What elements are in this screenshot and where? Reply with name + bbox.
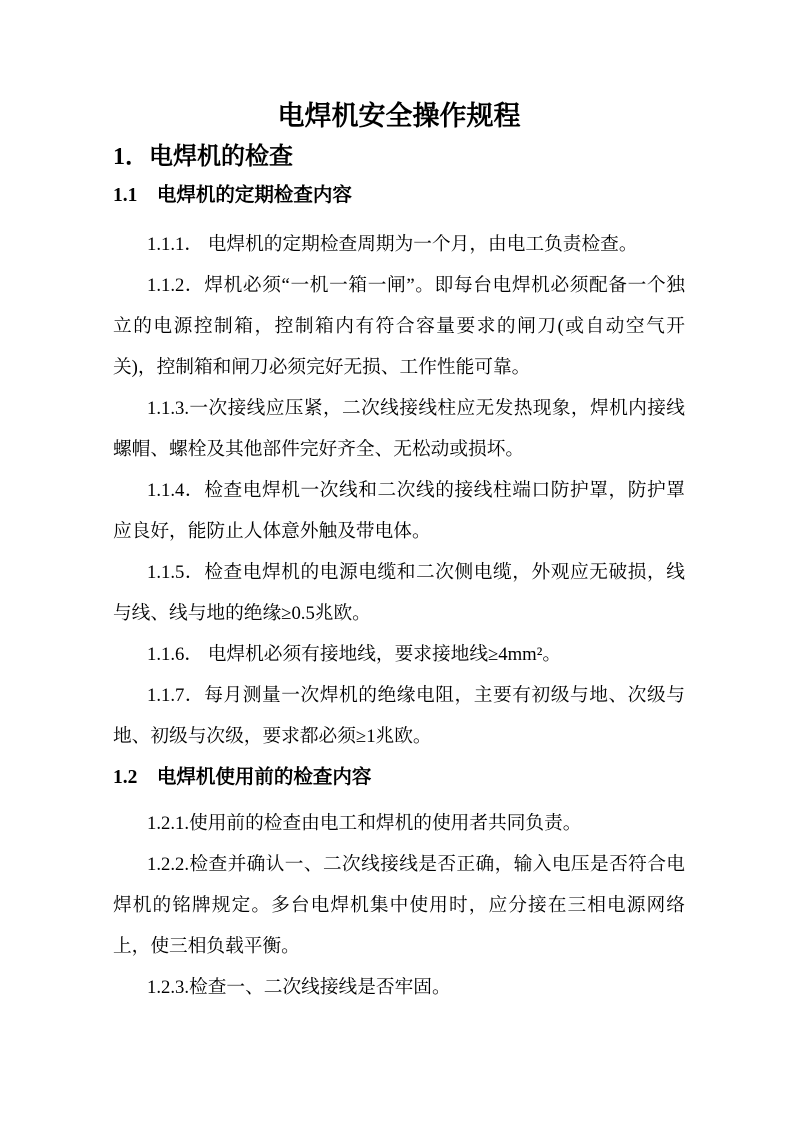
paragraph-1-1-1: 1.1.1． 电焊机的定期检查周期为一个月，由电工负责检查。 bbox=[113, 224, 685, 265]
paragraph-1-1-7: 1.1.7．每月测量一次焊机的绝缘电阻，主要有初级与地、次级与地、初级与次级，要… bbox=[113, 675, 685, 757]
document-page: 电焊机安全操作规程 1．电焊机的检查 1.1 电焊机的定期检查内容 1.1.1．… bbox=[0, 0, 793, 1122]
section-1-1-heading: 1.1 电焊机的定期检查内容 bbox=[113, 183, 352, 208]
paragraph-1-1-2: 1.1.2．焊机必须“一机一箱一闸”。即每台电焊机必须配备一个独立的电源控制箱，… bbox=[113, 265, 685, 388]
paragraph-1-2-1: 1.2.1.使用前的检查由电工和焊机的使用者共同负责。 bbox=[113, 803, 685, 844]
paragraph-1-1-5: 1.1.5．检查电焊机的电源电缆和二次侧电缆，外观应无破损，线与线、线与地的绝缘… bbox=[113, 552, 685, 634]
section-1-1-body: 1.1.1． 电焊机的定期检查周期为一个月，由电工负责检查。 1.1.2．焊机必… bbox=[113, 224, 685, 757]
document-title: 电焊机安全操作规程 bbox=[113, 99, 685, 133]
section-1-2-body: 1.2.1.使用前的检查由电工和焊机的使用者共同负责。 1.2.2.检查并确认一… bbox=[113, 803, 685, 1008]
paragraph-1-1-3: 1.1.3.一次接线应压紧，二次线接线柱应无发热现象，焊机内接线螺帽、螺栓及其他… bbox=[113, 388, 685, 470]
section-1-2-heading: 1.2 电焊机使用前的检查内容 bbox=[113, 765, 371, 790]
paragraph-1-2-2: 1.2.2.检查并确认一、二次线接线是否正确，输入电压是否符合电焊机的铭牌规定。… bbox=[113, 844, 685, 967]
section-1-heading: 1．电焊机的检查 bbox=[113, 142, 293, 172]
paragraph-1-2-3: 1.2.3.检查一、二次线接线是否牢固。 bbox=[113, 967, 685, 1008]
paragraph-1-1-6: 1.1.6． 电焊机必须有接地线，要求接地线≥4mm²。 bbox=[113, 634, 685, 675]
paragraph-1-1-4: 1.1.4．检查电焊机一次线和二次线的接线柱端口防护罩，防护罩应良好，能防止人体… bbox=[113, 470, 685, 552]
